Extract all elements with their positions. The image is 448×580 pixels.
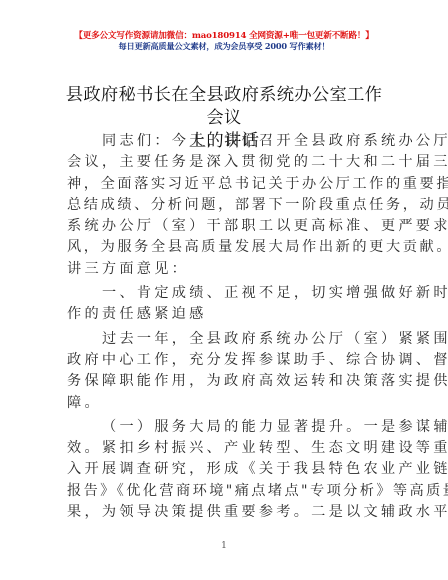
promo-banner-line-1: 【更多公文写作资源请加微信：mao180914 全网资源+唯一包更新不断路！】: [0, 29, 448, 41]
text-line: 同志们：今天，我们召开全县政府系统办公厅（室）工作: [67, 131, 385, 152]
text-line: 讲三方面意见：: [67, 259, 385, 280]
text-line: 风，为服务全县高质量发展大局作出新的更大贡献。下面，我: [67, 237, 385, 258]
paragraph-review: 过去一年，全县政府系统办公厅（室）紧紧围绕县委、县 政府中心工作，充分发挥参谋助…: [67, 329, 385, 414]
document-page: 【更多公文写作资源请加微信：mao180914 全网资源+唯一包更新不断路！】 …: [0, 0, 448, 580]
text-line: （一）服务大局的能力显著提升。一是参谋辅政精准有: [67, 417, 385, 438]
title-line-1: 县政府秘书长在全县政府系统办公室工作会议: [60, 84, 388, 130]
page-number: 1: [0, 541, 448, 551]
text-line: 报告》《优化营商环境"痛点堵点"专项分析》等高质量成: [67, 481, 385, 502]
text-line: 系统办公厅（室）干部职工以更高标准、更严要求、更实作: [67, 216, 385, 237]
text-line: 政府中心工作，充分发挥参谋助手、综合协调、督查督办、服: [67, 350, 385, 371]
text-line: 一、肯定成绩、正视不足，切实增强做好新时代办公厅工: [67, 283, 385, 304]
text-line: 总结成绩、分析问题，部署下一阶段重点任务，动员全县政府: [67, 195, 385, 216]
text-line: 神，全面落实习近平总书记关于办公厅工作的重要指示批示，: [67, 174, 385, 195]
promo-banner-line-2: 每日更新高质量公文素材，成为会员享受 2000 写作素材！: [0, 41, 448, 52]
text-line: 障。: [67, 393, 385, 414]
text-line: 效。紧扣乡村振兴、产业转型、生态文明建设等重点工作，深: [67, 438, 385, 459]
paragraph-subsection-1: （一）服务大局的能力显著提升。一是参谋辅政精准有 效。紧扣乡村振兴、产业转型、生…: [67, 417, 385, 523]
text-line: 会议，主要任务是深入贯彻党的二十大和二十届三中全会精: [67, 152, 385, 173]
text-line: 务保障职能作用，为政府高效运转和决策落实提供了有力保: [67, 371, 385, 392]
paragraph-opening: 同志们：今天，我们召开全县政府系统办公厅（室）工作 会议，主要任务是深入贯彻党的…: [67, 131, 385, 280]
section-heading-1: 一、肯定成绩、正视不足，切实增强做好新时代办公厅工 作的责任感紧迫感: [67, 283, 385, 326]
text-line: 过去一年，全县政府系统办公厅（室）紧紧围绕县委、县: [67, 329, 385, 350]
text-line: 作的责任感紧迫感: [67, 304, 385, 325]
text-line: 入开展调查研究，形成《关于我县特色农业产业链延伸的调研: [67, 459, 385, 480]
document-body: 同志们：今天，我们召开全县政府系统办公厅（室）工作 会议，主要任务是深入贯彻党的…: [67, 131, 385, 523]
text-line: 果，为领导决策提供重要参考。二是以文辅政水平不断提高。: [67, 502, 385, 523]
